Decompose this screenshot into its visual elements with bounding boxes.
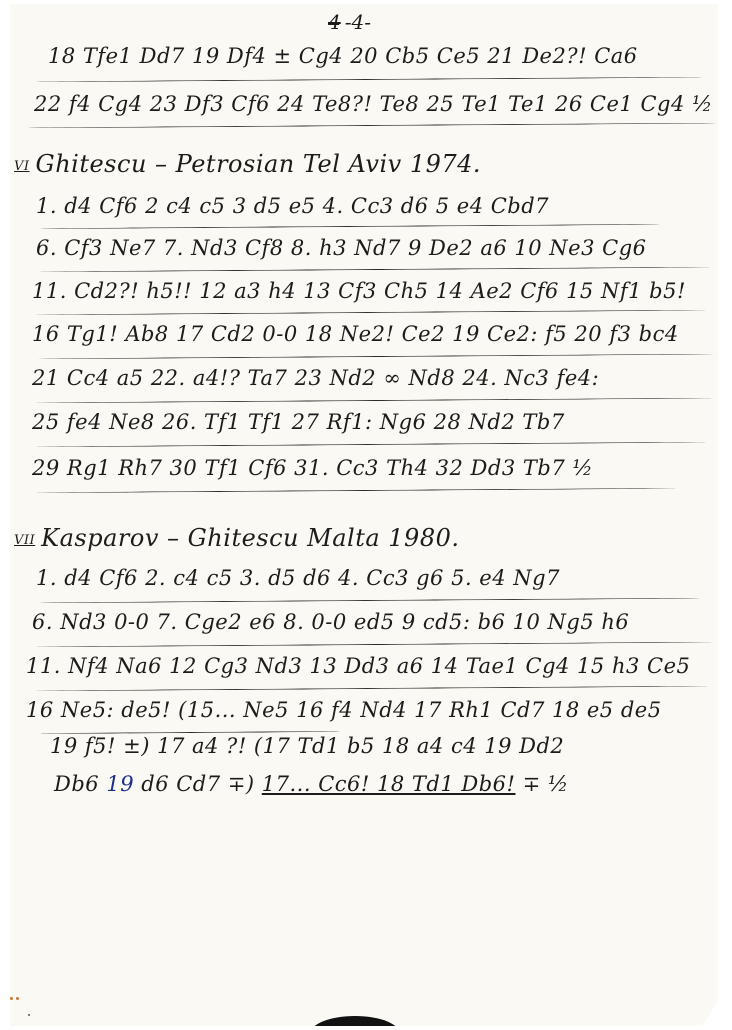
underline: [28, 123, 716, 129]
game-6-line-1: 1. d4 Cf6 2 c4 c5 3 d5 e5 4. Cc3 d6 5 e4…: [36, 194, 549, 218]
underline: [36, 686, 708, 692]
game-7-line-5: 19 f5! ±) 17 a4 ?! (17 Td1 b5 18 a4 c4 1…: [50, 734, 564, 758]
game-6-line-6: 25 fe4 Ne8 26. Tf1 Tf1 27 Rf1: Ng6 28 Nd…: [32, 410, 565, 434]
game-6-heading: VIGhitescu – Petrosian Tel Aviv 1974.: [14, 150, 481, 178]
game-result: ∓ ½: [523, 772, 569, 796]
move-text: Db6: [54, 772, 99, 796]
underline: [36, 642, 712, 648]
blue-ink-move-number: 19: [106, 772, 134, 796]
underline: [36, 488, 676, 493]
game-6-title: Ghitescu – Petrosian Tel Aviv 1974.: [36, 150, 482, 178]
underline: [36, 442, 706, 448]
underline: [36, 354, 716, 360]
game-6-numeral: VI: [14, 159, 30, 174]
ink-speck: [28, 1014, 30, 1016]
underline: [36, 77, 702, 83]
game-7-line-1: 1. d4 Cf6 2. c4 c5 3. d5 d6 4. Cc3 g6 5.…: [36, 566, 560, 590]
game-6-line-7: 29 Rg1 Rh7 30 Tf1 Cf6 31. Cc3 Th4 32 Dd3…: [32, 456, 593, 480]
underline: [40, 598, 700, 604]
continued-game-line-2: 22 f4 Cg4 23 Df3 Cf6 24 Te8?! Te8 25 Te1…: [34, 92, 713, 116]
game-7-numeral: VII: [14, 533, 35, 548]
game-7-line-4: 16 Ne5: de5! (15... Ne5 16 f4 Nd4 17 Rh1…: [26, 698, 662, 722]
ink-speck: [10, 997, 13, 1000]
game-6-line-3: 11. Cd2?! h5!! 12 a3 h4 13 Cf3 Ch5 14 Ae…: [32, 279, 686, 303]
page-number-value: -4-: [345, 10, 371, 34]
dark-smudge: [310, 1016, 400, 1030]
underlined-variation: 17... Cc6! 18 Td1 Db6!: [262, 772, 516, 796]
move-text: d6 Cd7 ∓): [141, 772, 254, 796]
underline: [36, 398, 712, 404]
game-7-line-3: 11. Nf4 Na6 12 Cg3 Nd3 13 Dd3 a6 14 Tae1…: [26, 654, 690, 678]
game-7-line-6: Db6 19 d6 Cd7 ∓) 17... Cc6! 18 Td1 Db6! …: [54, 772, 569, 796]
underline: [40, 224, 660, 229]
page-number: 4-4-: [328, 10, 371, 34]
continued-game-line-1: 18 Tfe1 Dd7 19 Df4 ± Cg4 20 Cb5 Ce5 21 D…: [48, 44, 638, 68]
underline: [40, 267, 710, 273]
underline: [36, 310, 706, 316]
game-7-title: Kasparov – Ghitescu Malta 1980.: [41, 524, 459, 552]
game-6-line-5: 21 Cc4 a5 22. a4!? Ta7 23 Nd2 ∞ Nd8 24. …: [32, 366, 599, 390]
ink-speck: [16, 997, 19, 1000]
game-7-heading: VIIKasparov – Ghitescu Malta 1980.: [14, 524, 459, 552]
game-7-line-2: 6. Nd3 0-0 7. Cge2 e6 8. 0-0 ed5 9 cd5: …: [32, 610, 629, 634]
struck-page-number: 4: [328, 10, 341, 34]
game-6-line-2: 6. Cf3 Ne7 7. Nd3 Cf8 8. h3 Nd7 9 De2 a6…: [36, 236, 647, 260]
notebook-page: 4-4- 18 Tfe1 Dd7 19 Df4 ± Cg4 20 Cb5 Ce5…: [10, 4, 718, 1026]
game-6-line-4: 16 Tg1! Ab8 17 Cd2 0-0 18 Ne2! Ce2 19 Ce…: [32, 322, 679, 346]
